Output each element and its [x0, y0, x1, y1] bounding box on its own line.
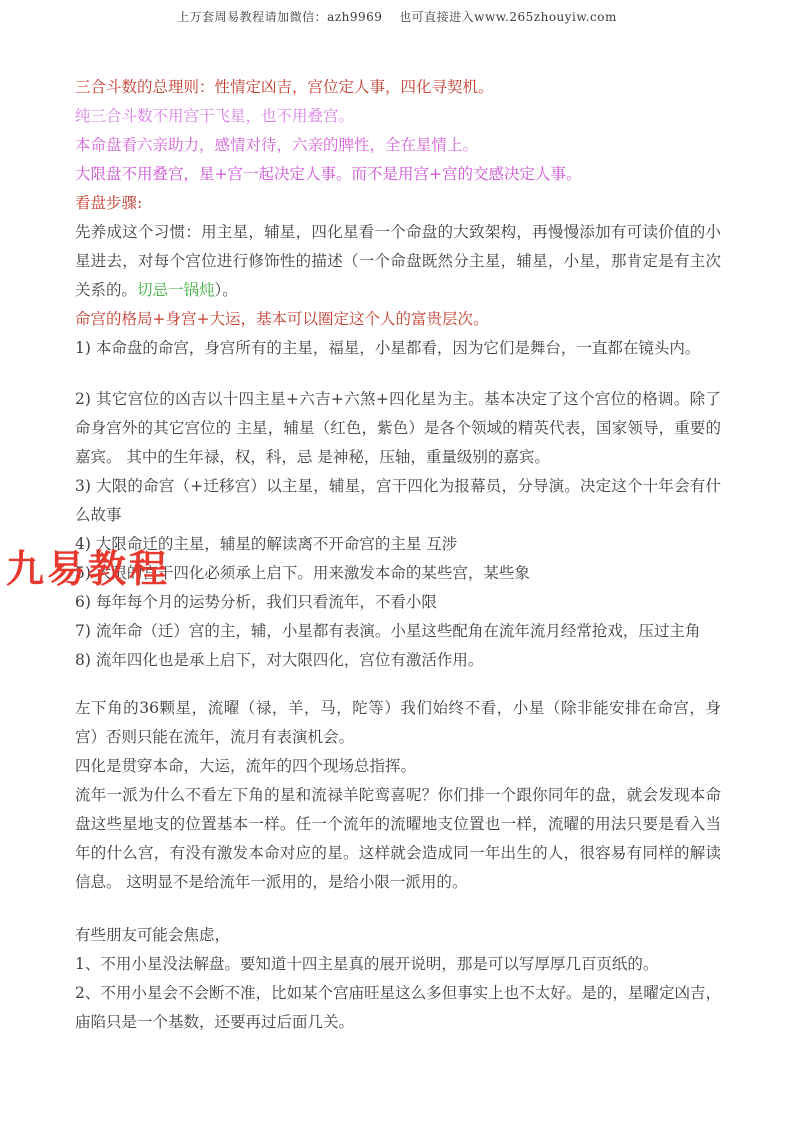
text-run: 8) 流年四化也是承上启下，对大限四化，宫位有激活作用。 — [75, 651, 483, 669]
text-run: 2) 其它宫位的凶吉以十四主星+六吉+六煞+四化星为主。基本决定了这个宫位的格调… — [75, 390, 721, 466]
page-header-note: 上万套周易教程请加微信：azh9969 也可直接进入www.265zhouyiw… — [0, 8, 794, 25]
text-run: 2、不用小星会不会断不准，比如某个宫庙旺星这么多但事实上也不太好。是的，星曜定凶… — [75, 984, 721, 1031]
text-run: 流年一派为什么不看左下角的星和流禄羊陀鸾喜呢？你们排一个跟你同年的盘，就会发现本… — [75, 786, 721, 891]
text-run: 3) 大限的命宫（+迁移宫）以主星，辅星，宫干四化为报幕员，分导演。决定这个十年… — [75, 477, 721, 524]
steps-heading: 看盘步骤: — [75, 189, 721, 218]
text-run: 1、不用小星没法解盘。要知道十四主星真的展开说明，那是可以写厚厚几百页纸的。 — [75, 955, 658, 973]
paragraph-natal-chart: 本命盘看六亲助力，感情对待，六亲的脾性，全在星情上。 — [75, 131, 721, 160]
paragraph-liunian-school: 流年一派为什么不看左下角的星和流禄羊陀鸾喜呢？你们排一个跟你同年的盘，就会发现本… — [75, 781, 721, 897]
paragraph-worry-intro: 有些朋友可能会焦虑， — [75, 921, 721, 950]
text-run: 6) 每年每个月的运势分析，我们只看流年，不看小限 — [75, 593, 437, 611]
list-item-3: 3) 大限的命宫（+迁移宫）以主星，辅星，宫干四化为报幕员，分导演。决定这个十年… — [75, 472, 721, 530]
text-run: ）。 — [215, 281, 238, 299]
paragraph-worry-2: 2、不用小星会不会断不准，比如某个宫庙旺星这么多但事实上也不太好。是的，星曜定凶… — [75, 979, 721, 1037]
watermark: 九易教程 — [6, 538, 170, 593]
paragraph-minggong-pattern: 命宫的格局+身宫+大运，基本可以圈定这个人的富贵层次。 — [75, 305, 721, 334]
text-run: 三合斗数的总理则：性情定凶吉，宫位定人事，四化寻契机。 — [75, 78, 494, 96]
list-item-4: 4) 大限命迁的主星，辅星的解读离不开命宫的主星 互涉 — [75, 530, 721, 559]
text-run: 本命盘看六亲助力，感情对待，六亲的脾性，全在星情上。 — [75, 136, 478, 154]
text-run: 命宫的格局+身宫+大运，基本可以圈定这个人的富贵层次。 — [75, 310, 488, 328]
text-run-highlight-green: 切忌一锅炖 — [137, 281, 215, 299]
paragraph-pure-sanhe: 纯三合斗数不用宫干飞星，也不用叠宫。 — [75, 102, 721, 131]
text-run: 左下角的36颗星，流曜（禄，羊，马，陀等）我们始终不看，小星（除非能安排在命宫，… — [75, 699, 721, 746]
text-run: 看盘步骤: — [75, 194, 142, 212]
paragraph-principle: 三合斗数的总理则：性情定凶吉，宫位定人事，四化寻契机。 — [75, 73, 721, 102]
text-run: 纯三合斗数不用宫干飞星，也不用叠宫。 — [75, 107, 354, 125]
text-run: 有些朋友可能会焦虑， — [75, 926, 230, 944]
text-run: 四化是贯穿本命，大运，流年的四个现场总指挥。 — [75, 757, 416, 775]
paragraph-habit: 先养成这个习惯：用主星，辅星，四化星看一个命盘的大致架构，再慢慢添加有可读价值的… — [75, 218, 721, 305]
list-item-2: 2) 其它宫位的凶吉以十四主星+六吉+六煞+四化星为主。基本决定了这个宫位的格调… — [75, 385, 721, 472]
text-run: 7) 流年命（迁）宫的主，辅，小星都有表演。小星这些配角在流年流月经常抢戏，压过… — [75, 622, 700, 640]
paragraph-36-stars: 左下角的36颗星，流曜（禄，羊，马，陀等）我们始终不看，小星（除非能安排在命宫，… — [75, 694, 721, 752]
list-item-1: 1) 本命盘的命宫，身宫所有的主星，福星，小星都看，因为它们是舞台，一直都在镜头… — [75, 334, 721, 363]
list-item-6: 6) 每年每个月的运势分析，我们只看流年，不看小限 — [75, 588, 721, 617]
paragraph-daxian: 大限盘不用叠宫，星+宫一起决定人事。而不是用宫+宫的交感决定人事。 — [75, 160, 721, 189]
paragraph-worry-1: 1、不用小星没法解盘。要知道十四主星真的展开说明，那是可以写厚厚几百页纸的。 — [75, 950, 721, 979]
list-item-7: 7) 流年命（迁）宫的主，辅，小星都有表演。小星这些配角在流年流月经常抢戏，压过… — [75, 617, 721, 646]
list-item-8: 8) 流年四化也是承上启下，对大限四化，宫位有激活作用。 — [75, 646, 721, 675]
document-body: 三合斗数的总理则：性情定凶吉，宫位定人事，四化寻契机。 纯三合斗数不用宫干飞星，… — [75, 73, 721, 1037]
document-page: 上万套周易教程请加微信：azh9969 也可直接进入www.265zhouyiw… — [0, 0, 794, 1123]
text-run: 1) 本命盘的命宫，身宫所有的主星，福星，小星都看，因为它们是舞台，一直都在镜头… — [75, 339, 700, 357]
text-run: 大限盘不用叠宫，星+宫一起决定人事。而不是用宫+宫的交感决定人事。 — [75, 165, 581, 183]
list-item-5: 5) 大限的宫干四化必须承上启下。用来激发本命的某些宫，某些象 — [75, 559, 721, 588]
paragraph-sihua-commander: 四化是贯穿本命，大运，流年的四个现场总指挥。 — [75, 752, 721, 781]
